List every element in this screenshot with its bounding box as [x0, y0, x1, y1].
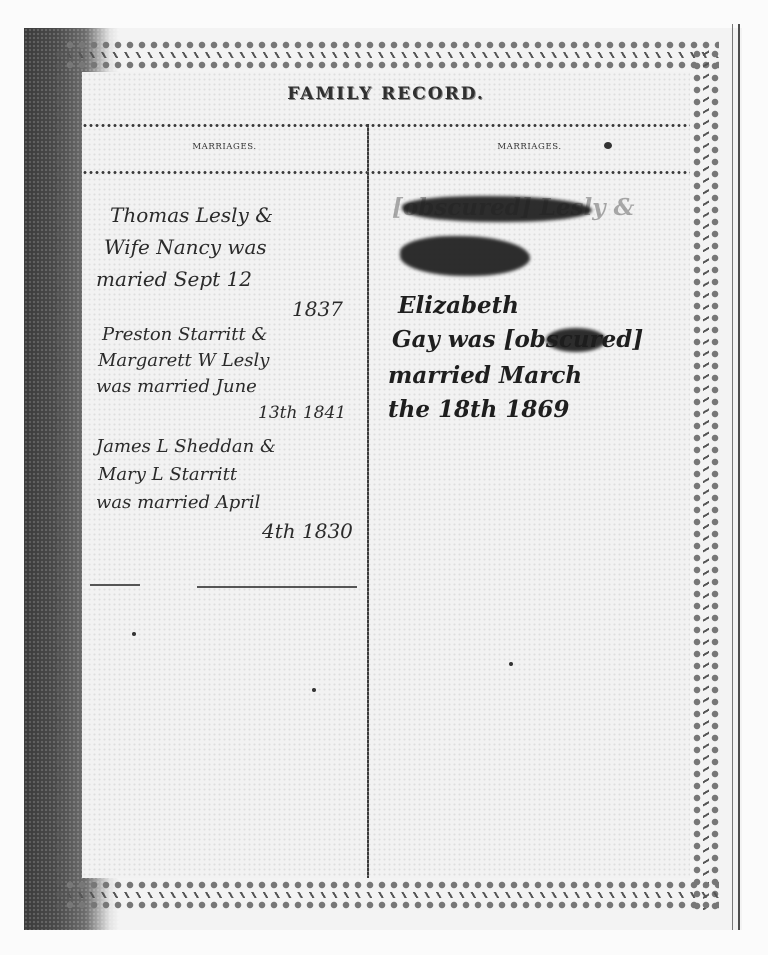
entry-date: 4th 1830	[262, 516, 353, 546]
ink-speck	[604, 142, 612, 149]
ornamental-border-right	[692, 48, 720, 910]
entry-underline	[90, 584, 140, 586]
header-divider	[82, 171, 690, 174]
entry-line: Wife Nancy was	[104, 232, 267, 262]
ink-blot	[400, 236, 530, 276]
entry-line: was married April	[96, 488, 260, 518]
ornamental-border-top	[64, 40, 719, 70]
ink-speck	[132, 632, 136, 636]
ink-blot	[546, 328, 606, 352]
column-divider	[367, 124, 369, 878]
entry-line: maried Sept 12	[96, 264, 252, 294]
column-heading-right: MARRIAGES.	[369, 142, 690, 152]
record-page: FAMILY RECORD. MARRIAGES. MARRIAGES. Tho…	[24, 28, 742, 930]
entry-date: 1837	[292, 294, 343, 324]
entry-date: 13th 1841	[258, 398, 346, 428]
record-form: FAMILY RECORD. MARRIAGES. MARRIAGES. Tho…	[82, 72, 690, 878]
outer-rule	[738, 24, 740, 930]
ink-speck	[312, 688, 316, 692]
ornamental-border-bottom	[64, 880, 719, 910]
entry-line: Thomas Lesly &	[110, 200, 273, 230]
entry-line: the 18th 1869	[388, 394, 569, 426]
entry-line-obscured: [obscured] Lesly &	[392, 192, 634, 224]
entry-line: married March	[388, 360, 582, 392]
entry-line: Elizabeth	[398, 290, 519, 322]
entry-line: James L Sheddan &	[96, 432, 276, 462]
entry-line: was married June	[96, 372, 257, 402]
page-title: FAMILY RECORD.	[82, 84, 690, 104]
ornamental-border-left	[54, 48, 80, 910]
ink-speck	[509, 662, 513, 666]
column-heading-left: MARRIAGES.	[82, 142, 367, 152]
entry-underline	[197, 586, 357, 588]
outer-rule	[732, 24, 733, 930]
title-divider	[82, 124, 690, 127]
entry-line: Mary L Starritt	[98, 460, 237, 490]
